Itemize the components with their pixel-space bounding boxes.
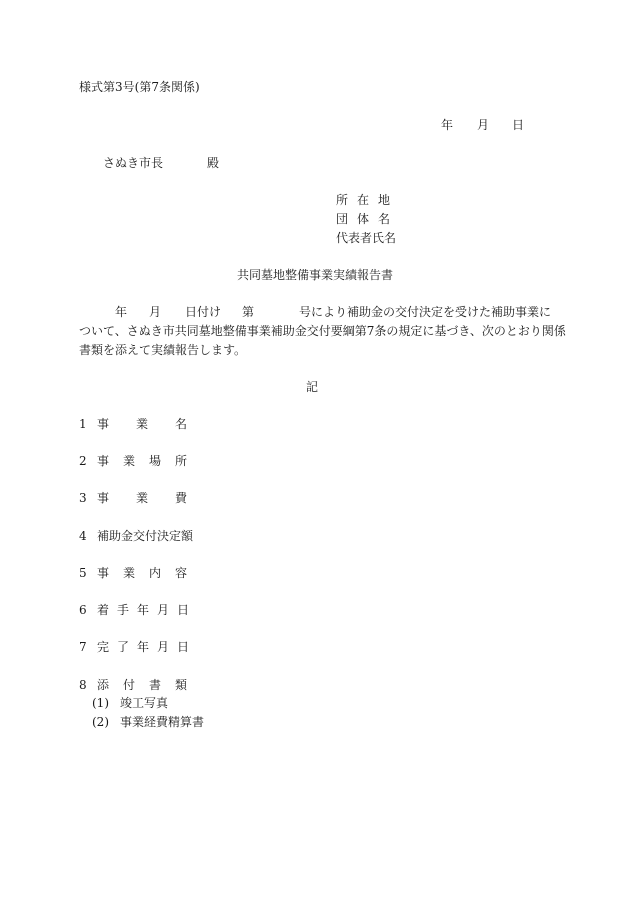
list-item: 7完了年月日 [79,641,197,653]
date-day-label: 日 [512,119,524,131]
item-label: 添付書類 [97,679,201,691]
item-number: 6 [79,604,97,616]
item-number: 4 [79,530,97,542]
date-year-label: 年 [441,119,453,131]
list-item: 4補助金交付決定額 [79,530,193,542]
date-month-label: 月 [477,119,489,131]
ki-heading: 記 [306,381,318,393]
applicant-address-label: 所在地 [336,194,399,206]
item-number: 2 [79,455,97,467]
attachment-number: (2) [92,716,120,728]
attachment-number: (1) [92,697,120,709]
list-item: 5事業内容 [79,567,201,579]
item-label: 事業内容 [97,567,201,579]
attachment-item: (2)事業経費精算書 [92,716,204,728]
item-label: 事業費 [97,492,214,504]
applicant-representative-label: 代表者氏名 [336,232,396,244]
item-label: 事業場所 [97,455,201,467]
list-item: 1事業名 [79,418,214,430]
list-item: 2事業場所 [79,455,201,467]
list-item: 8添付書類 [79,679,201,691]
list-item: 3事業費 [79,492,214,504]
item-number: 1 [79,418,97,430]
item-number: 5 [79,567,97,579]
attachment-label: 事業経費精算書 [120,715,204,729]
item-number: 8 [79,679,97,691]
item-number: 3 [79,492,97,504]
body-line1-text: 号により補助金の交付決定を受けた補助事業に [299,306,551,318]
document-title: 共同墓地整備事業実績報告書 [237,269,393,281]
attachment-label: 竣工写真 [120,696,168,710]
form-number: 様式第3号(第7条関係) [79,81,200,93]
attachment-item: (1)竣工写真 [92,697,168,709]
addressee-name: さぬき市長 [103,157,163,169]
addressee-honorific: 殿 [207,157,219,169]
body-number-prefix: 第 [242,306,254,318]
item-number: 7 [79,641,97,653]
applicant-organization-label: 団体名 [336,213,399,225]
item-label: 完了年月日 [97,641,197,653]
body-line2-text: ついて、さぬき市共同墓地整備事業補助金交付要綱第7条の規定に基づき、次のとおり関… [79,325,566,337]
item-label: 着手年月日 [97,604,197,616]
item-label: 事業名 [97,418,214,430]
body-line3-text: 書類を添えて実績報告します。 [79,344,246,356]
body-dated-label: 日付け [185,306,221,318]
body-month-label: 月 [149,306,161,318]
list-item: 6着手年月日 [79,604,197,616]
item-label: 補助金交付決定額 [97,530,193,542]
body-year-label: 年 [115,306,127,318]
